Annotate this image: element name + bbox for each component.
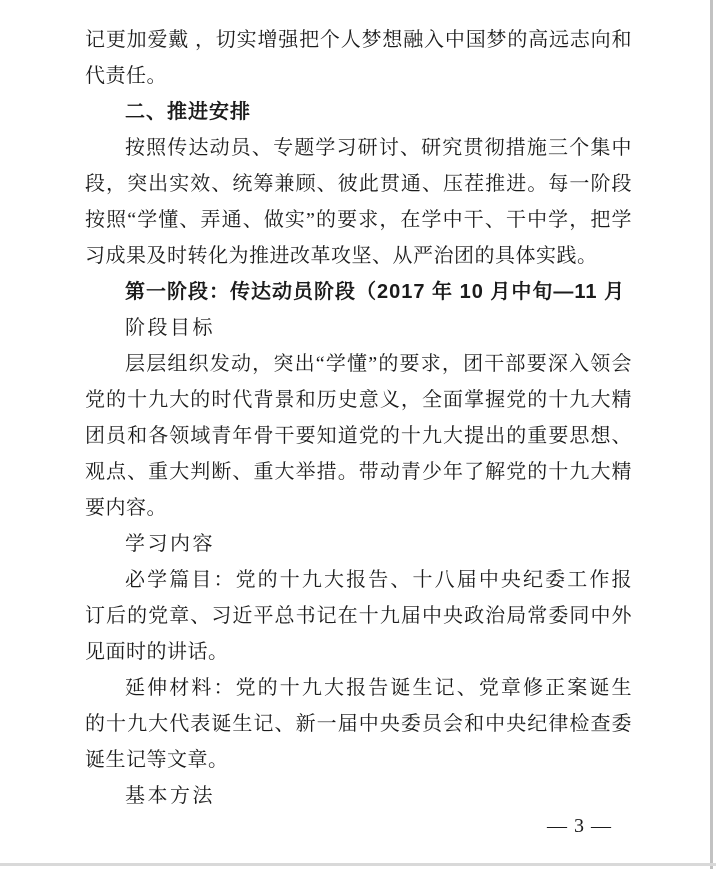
section-heading-promotion-arrangement: 二、推进安排 <box>85 94 632 130</box>
subheading-basic-method: 基本方法 <box>85 778 632 814</box>
text-line: 要内容。 <box>85 490 632 526</box>
text-line: 的十九大代表诞生记、新一届中央委员会和中央纪律检查委员会 <box>85 706 632 742</box>
text-line: 团员和各领域青年骨干要知道党的十九大提出的重要思想、重要 <box>85 418 632 454</box>
document-page: 记更加爱戴 ，切实增强把个人梦想融入中国梦的高远志向和时 代责任。 二、推进安排… <box>0 0 716 869</box>
subheading-stage-goal: 阶段目标 <box>85 310 632 346</box>
stage-one-heading: 第一阶段：传达动员阶段（2017 年 10 月中旬—11 月下旬） <box>85 274 632 310</box>
text-line: 延伸材料：党的十九大报告诞生记、党章修正案诞生记、党 <box>85 670 632 706</box>
text-line: 段，突出实效、统筹兼顾、彼此贯通、压茬推进。每一阶段均需 <box>85 166 632 202</box>
text-line: 必学篇目：党的十九大报告、十八届中央纪委工作报告、修 <box>85 562 632 598</box>
text-line: 层层组织发动，突出“学懂”的要求，团干部要深入领会 <box>85 346 632 382</box>
text-line: 订后的党章、习近平总书记在十九届中央政治局常委同中外记者 <box>85 598 632 634</box>
page-bottom-edge-line <box>0 863 716 866</box>
text-block: 记更加爱戴 ，切实增强把个人梦想融入中国梦的高远志向和时 代责任。 二、推进安排… <box>85 22 632 814</box>
text-line: 见面时的讲话。 <box>85 634 632 670</box>
text-line: 记更加爱戴 ，切实增强把个人梦想融入中国梦的高远志向和时 <box>85 22 632 58</box>
page-number: — 3 — <box>85 812 612 840</box>
subheading-study-content: 学习内容 <box>85 526 632 562</box>
text-line: 代责任。 <box>85 58 632 94</box>
page-right-edge-line <box>710 0 713 869</box>
text-line: 按照“学懂、弄通、做实”的要求，在学中干、干中学，把学 <box>85 202 632 238</box>
text-line: 观点、重大判断、重大举措。带动青少年了解党的十九大精神主 <box>85 454 632 490</box>
text-line: 习成果及时转化为推进改革攻坚、从严治团的具体实践。 <box>85 238 632 274</box>
text-line: 按照传达动员、专题学习研讨、研究贯彻措施三个集中阶 <box>85 130 632 166</box>
text-line: 诞生记等文章。 <box>85 742 632 778</box>
text-line: 党的十九大的时代背景和历史意义，全面掌握党的十九大精神。 <box>85 382 632 418</box>
